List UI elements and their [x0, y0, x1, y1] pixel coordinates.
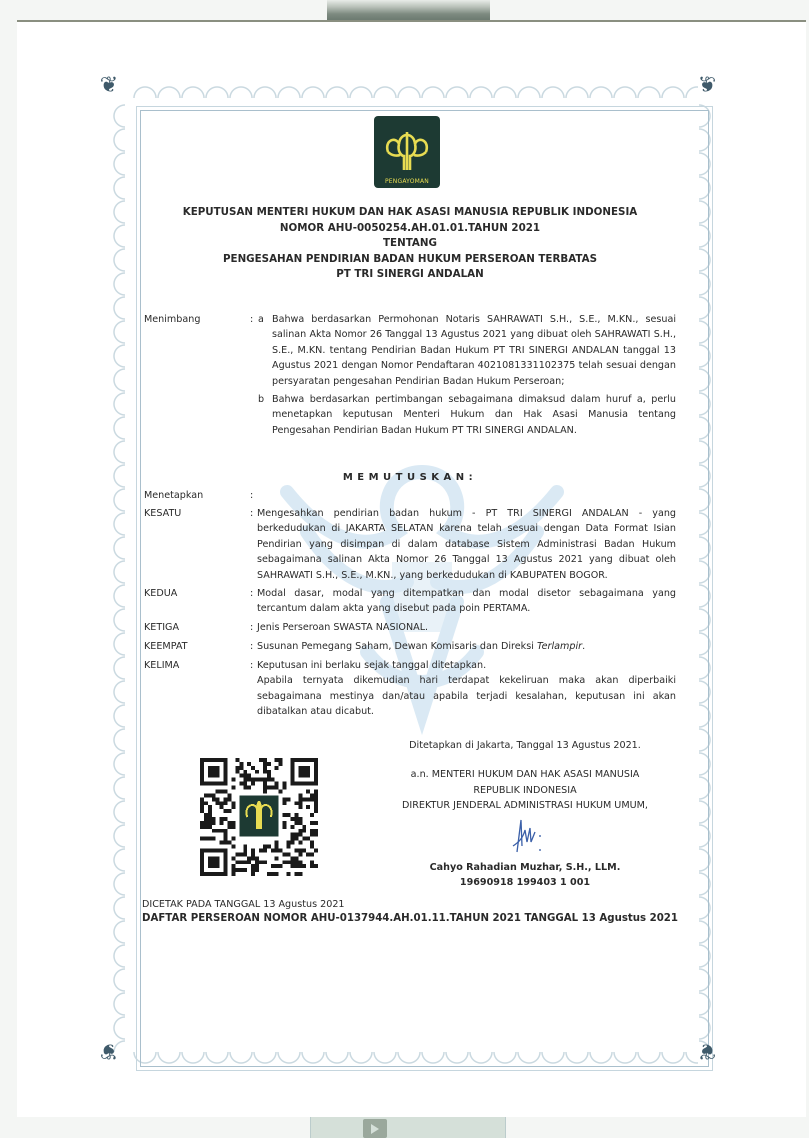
border-pattern-left [97, 104, 125, 1052]
menimbang-label: Menimbang [144, 312, 244, 327]
decision-ketiga: KETIGA : Jenis Perseroan SWASTA NASIONAL… [144, 620, 676, 636]
on-behalf-line-1: a.n. MENTERI HUKUM DAN HAK ASASI MANUSIA [380, 767, 670, 782]
signer-position: DIREKTUR JENDERAL ADMINISTRASI HUKUM UMU… [380, 798, 670, 813]
decision-label: KELIMA [144, 658, 244, 673]
decision-text: Jenis Perseroan SWASTA NASIONAL. [257, 620, 676, 635]
colon: : [250, 312, 253, 327]
decision-keempat: KEEMPAT : Susunan Pemegang Saham, Dewan … [144, 639, 676, 655]
decree-number: NOMOR AHU-0050254.AH.01.01.TAHUN 2021 [140, 221, 680, 237]
decision-text-italic: Terlampir [537, 641, 582, 652]
decision-text: Keputusan ini berlaku sejak tanggal dite… [257, 658, 676, 720]
document-footer: DICETAK PADA TANGGAL 13 Agustus 2021 DAF… [142, 898, 682, 926]
floral-ornament-icon: ❦ [695, 74, 719, 98]
menimbang-item-b: Bahwa berdasarkan pertimbangan sebagaima… [272, 392, 676, 438]
decree-title: KEPUTUSAN MENTERI HUKUM DAN HAK ASASI MA… [140, 205, 680, 283]
item-letter: b [258, 392, 264, 407]
on-behalf-line-2: REPUBLIK INDONESIA [380, 783, 670, 798]
colon: : [250, 488, 253, 503]
printed-date: DICETAK PADA TANGGAL 13 Agustus 2021 [142, 898, 682, 912]
place-and-date: Ditetapkan di Jakarta, Tanggal 13 Agustu… [380, 738, 670, 753]
decision-text-main: Susunan Pemegang Saham, Dewan Komisaris … [257, 641, 537, 652]
colon: : [250, 620, 253, 635]
decision-label: KEEMPAT [144, 639, 244, 654]
signer-name: Cahyo Rahadian Muzhar, S.H., LLM. [380, 860, 670, 875]
decision-text: Mengesahkan pendirian badan hukum - PT T… [257, 506, 676, 583]
decision-label: Menetapkan [144, 488, 244, 503]
signature-block: Ditetapkan di Jakarta, Tanggal 13 Agustu… [380, 738, 670, 890]
pengayoman-tree-icon [382, 122, 432, 172]
decision-text: Modal dasar, modal yang ditempatkan dan … [257, 586, 676, 617]
logo-caption: PENGAYOMAN [374, 178, 440, 185]
colon: : [250, 586, 253, 601]
menimbang-section: Menimbang : a Bahwa berdasarkan Permohon… [144, 312, 676, 404]
handwritten-signature-icon [495, 816, 555, 856]
floral-ornament-icon: ❦ [97, 74, 121, 98]
decision-menetapkan: Menetapkan : [144, 488, 676, 504]
title-line-1: KEPUTUSAN MENTERI HUKUM DAN HAK ASASI MA… [140, 205, 680, 221]
decision-text-continuation: Apabila ternyata dikemudian hari terdapa… [257, 673, 676, 719]
decision-kelima: KELIMA : Keputusan ini berlaku sejak tan… [144, 658, 676, 722]
film-video-icon [363, 1119, 387, 1138]
registry-number: DAFTAR PERSEROAN NOMOR AHU-0137944.AH.01… [142, 912, 682, 926]
decision-kesatu: KESATU : Mengesahkan pendirian badan huk… [144, 506, 676, 584]
title-line-3: TENTANG [140, 236, 680, 252]
decision-text-end: . [582, 641, 585, 652]
certificate-page: ❦ ❦ ❦ ❦ PENGAYOMAN KEPUT [17, 20, 806, 1117]
signer-nip: 19690918 199403 1 001 [380, 875, 670, 890]
company-name: PT TRI SINERGI ANDALAN [140, 267, 680, 283]
memutuskan-heading: MEMUTUSKAN: [140, 472, 680, 483]
title-line-4: PENGESAHAN PENDIRIAN BADAN HUKUM PERSERO… [140, 252, 680, 268]
item-letter: a [258, 312, 264, 327]
decision-label: KESATU [144, 506, 244, 521]
decision-label: KETIGA [144, 620, 244, 635]
scanner-edge-bottom [310, 1117, 506, 1138]
colon: : [250, 658, 253, 673]
decision-kedua: KEDUA : Modal dasar, modal yang ditempat… [144, 586, 676, 618]
decision-label: KEDUA [144, 586, 244, 601]
floral-ornament-icon: ❦ [695, 1038, 719, 1062]
menimbang-section-b: b Bahwa berdasarkan pertimbangan sebagai… [144, 392, 676, 442]
menimbang-item-a: Bahwa berdasarkan Permohonan Notaris SAH… [272, 312, 676, 389]
pengayoman-logo: PENGAYOMAN [374, 116, 440, 188]
decision-text: Susunan Pemegang Saham, Dewan Komisaris … [257, 639, 676, 654]
qr-code-icon [199, 758, 319, 876]
floral-ornament-icon: ❦ [97, 1038, 121, 1062]
scanner-edge-top [327, 0, 490, 20]
decision-text-line: Keputusan ini berlaku sejak tanggal dite… [257, 658, 676, 673]
colon: : [250, 506, 253, 521]
border-pattern-top [133, 70, 698, 98]
colon: : [250, 639, 253, 654]
